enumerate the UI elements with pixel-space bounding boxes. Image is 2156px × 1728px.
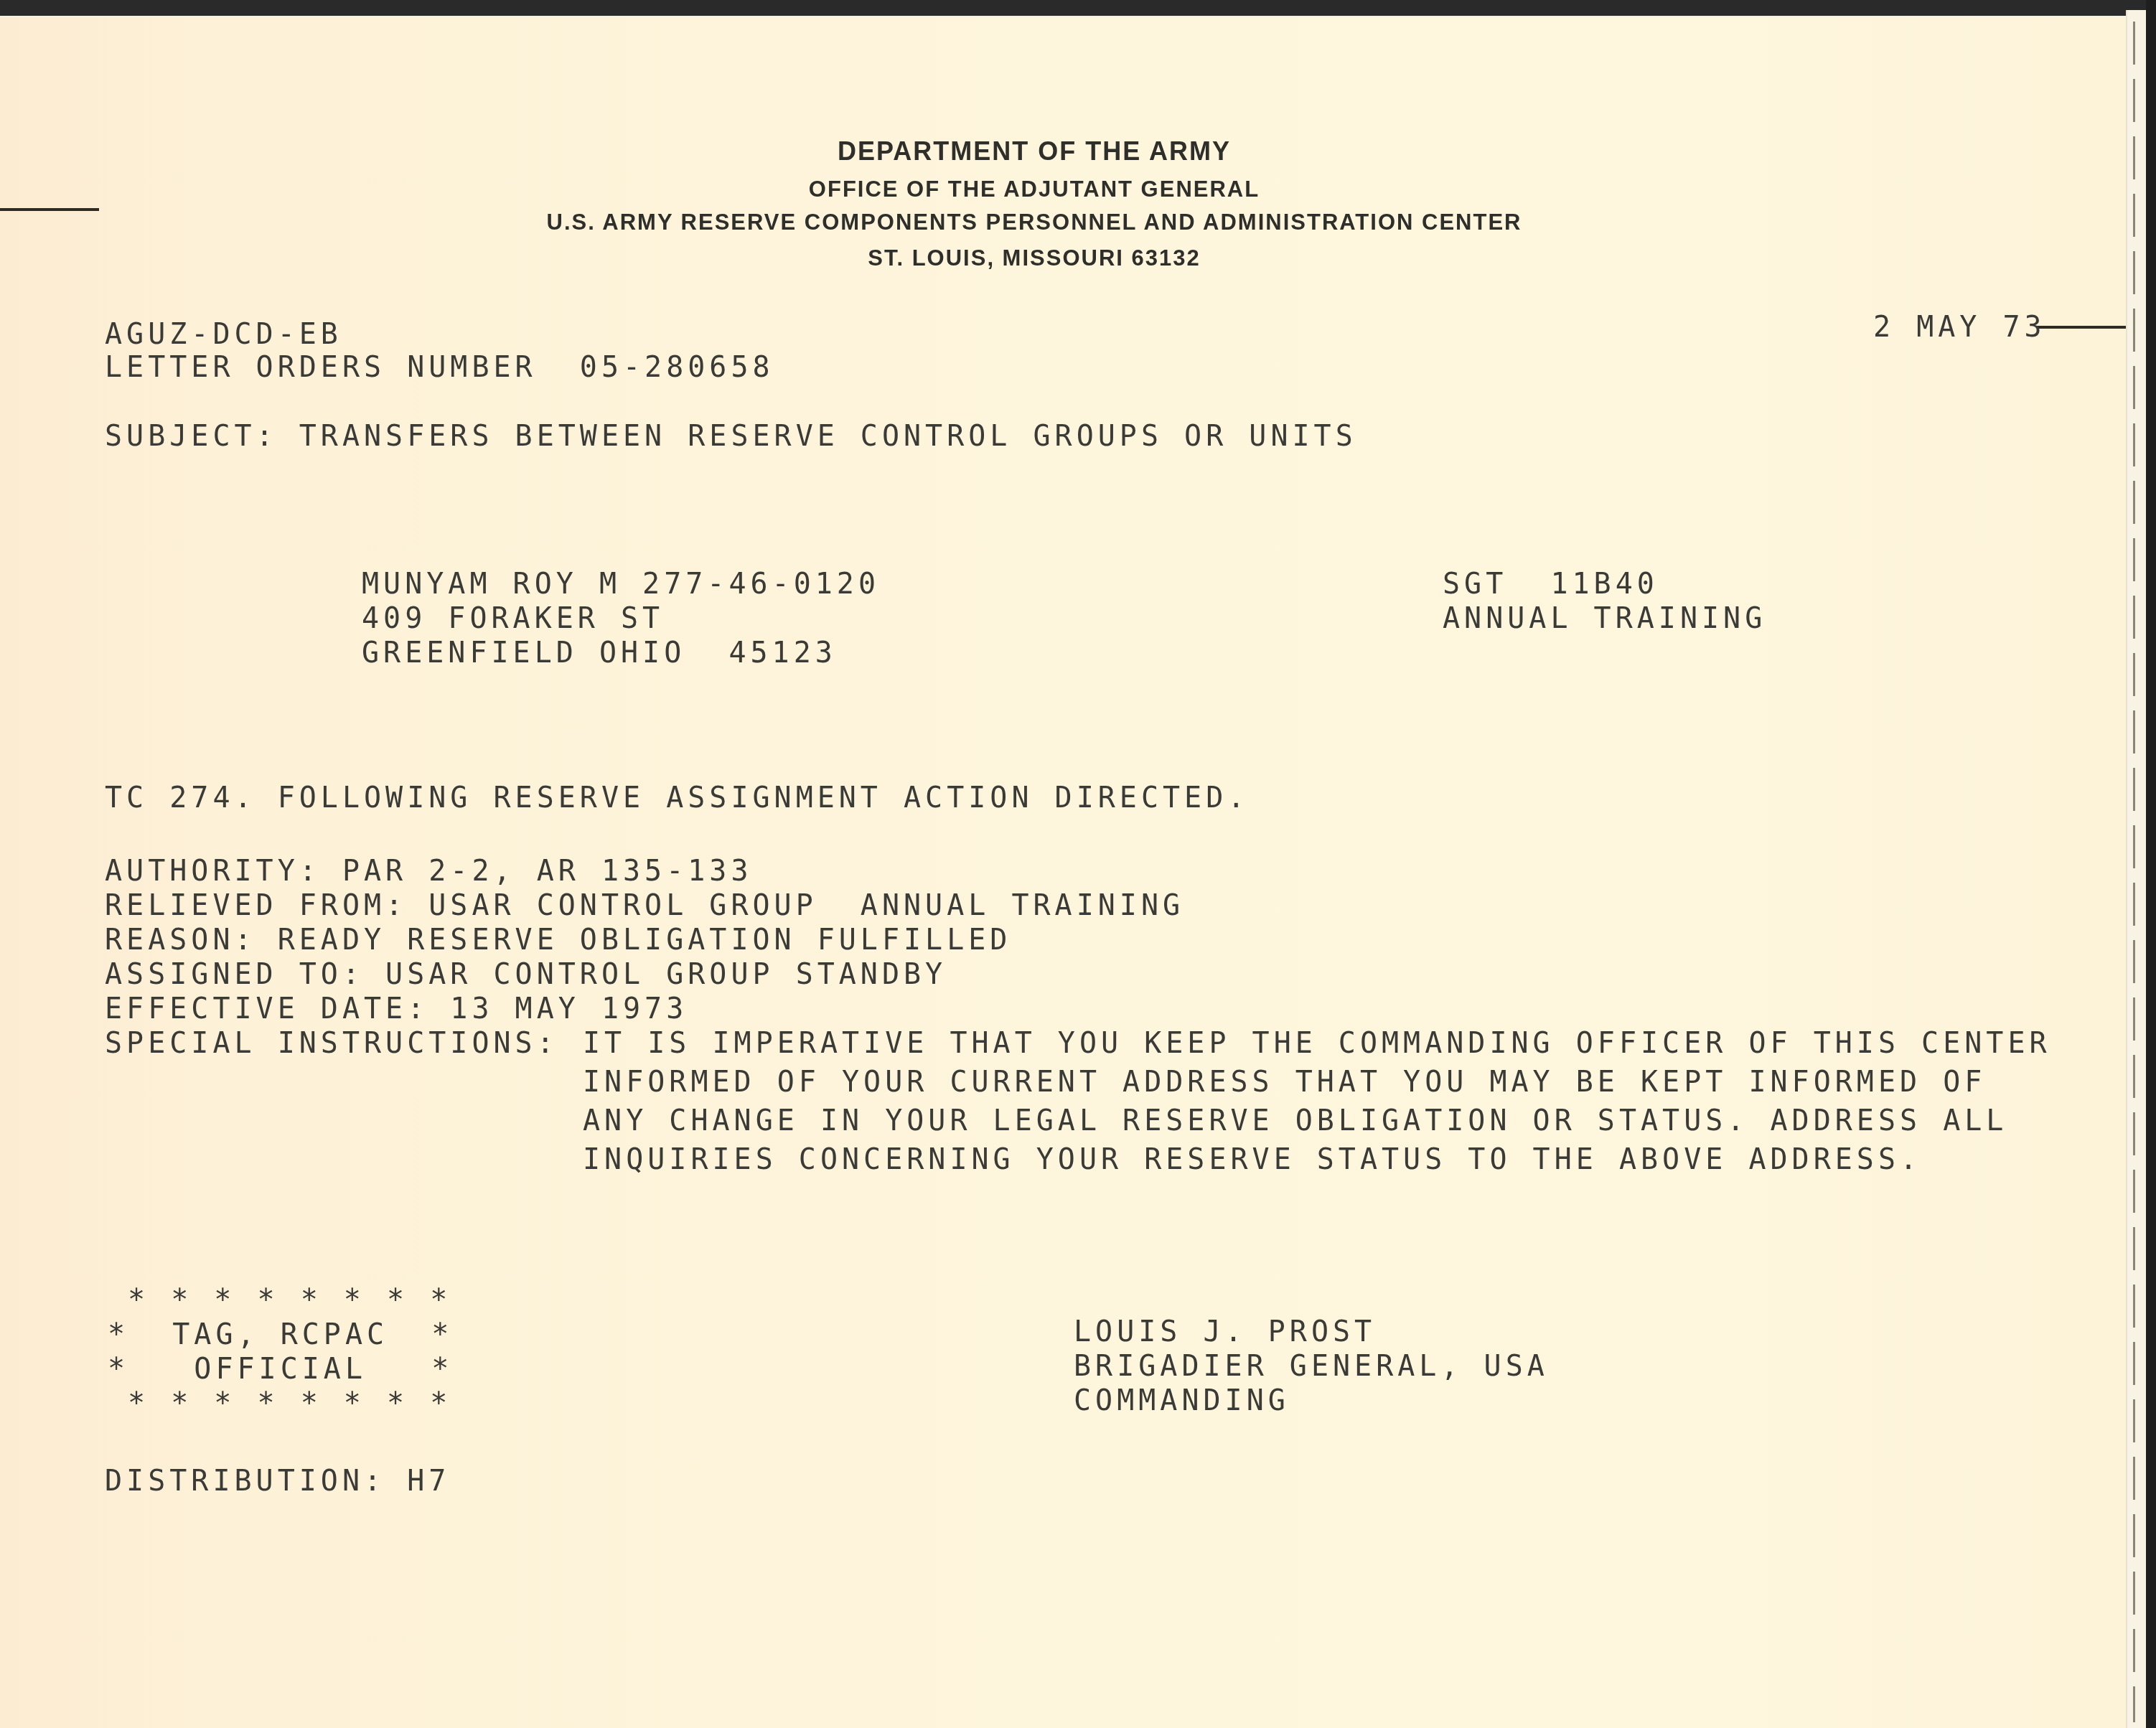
letterhead-address: ST. LOUIS, MISSOURI 63132 [0,245,2097,271]
letter-page: DEPARTMENT OF THE ARMY OFFICE OF THE ADJ… [0,16,2126,1728]
assigned-to-line: ASSIGNED TO: USAR CONTROL GROUP STANDBY [105,957,1184,992]
fold-mark-left [0,208,99,211]
signer-title: BRIGADIER GENERAL, USA [1074,1349,1549,1384]
authority-line: AUTHORITY: PAR 2-2, AR 135-133 [105,854,1184,888]
scan-background [2146,0,2156,1728]
letter-orders-number: LETTER ORDERS NUMBER 05-280658 [105,350,774,385]
stamp-line-tag: * TAG, RCPAC * [108,1318,453,1352]
relieved-from-line: RELIEVED FROM: USAR CONTROL GROUP ANNUAL… [105,888,1184,923]
stamp-border-top: * * * * * * * * [108,1283,453,1318]
special-line: ANY CHANGE IN YOUR LEGAL RESERVE OBLIGAT… [583,1104,2051,1138]
signer-role: COMMANDING [1074,1384,1549,1418]
letterhead-office: OFFICE OF THE ADJUTANT GENERAL [0,177,2097,202]
letterhead-center: U.S. ARMY RESERVE COMPONENTS PERSONNEL A… [0,210,2097,235]
effective-date-line: EFFECTIVE DATE: 13 MAY 1973 [105,992,1184,1026]
distribution-line: DISTRIBUTION: H7 [105,1464,450,1498]
grade-block: SGT 11B40 ANNUAL TRAINING [1443,567,1766,636]
special-instructions-text: IT IS IMPERATIVE THAT YOU KEEP THE COMMA… [583,1026,2051,1177]
current-unit: ANNUAL TRAINING [1443,601,1766,636]
addressee-city: GREENFIELD OHIO 45123 [362,636,880,670]
signature-block: LOUIS J. PROST BRIGADIER GENERAL, USA CO… [1074,1315,1549,1418]
perforation-line [2133,22,2135,1722]
document-date: 2 MAY 73 [1873,310,2046,344]
stamp-line-official: * OFFICIAL * [108,1352,453,1386]
special-line: INQUIRIES CONCERNING YOUR RESERVE STATUS… [583,1142,2051,1177]
grade-mos: SGT 11B40 [1443,567,1766,601]
signer-name: LOUIS J. PROST [1074,1315,1549,1349]
subject-line: SUBJECT: TRANSFERS BETWEEN RESERVE CONTR… [105,419,1357,454]
letterhead-department: DEPARTMENT OF THE ARMY [0,136,2097,166]
special-line: IT IS IMPERATIVE THAT YOU KEEP THE COMMA… [583,1026,2051,1061]
action-line: TC 274. FOLLOWING RESERVE ASSIGNMENT ACT… [105,781,1249,815]
stamp-border-bottom: * * * * * * * * [108,1386,453,1421]
special-line: INFORMED OF YOUR CURRENT ADDRESS THAT YO… [583,1065,2051,1099]
official-stamp: * * * * * * * * * TAG, RCPAC * * OFFICIA… [108,1283,453,1421]
office-symbol: AGUZ-DCD-EB [105,317,342,352]
addressee-name: MUNYAM ROY M 277-46-0120 [362,567,880,601]
addressee-block: MUNYAM ROY M 277-46-0120 409 FORAKER ST … [362,567,880,670]
reason-line: REASON: READY RESERVE OBLIGATION FULFILL… [105,923,1184,957]
addressee-street: 409 FORAKER ST [362,601,880,636]
